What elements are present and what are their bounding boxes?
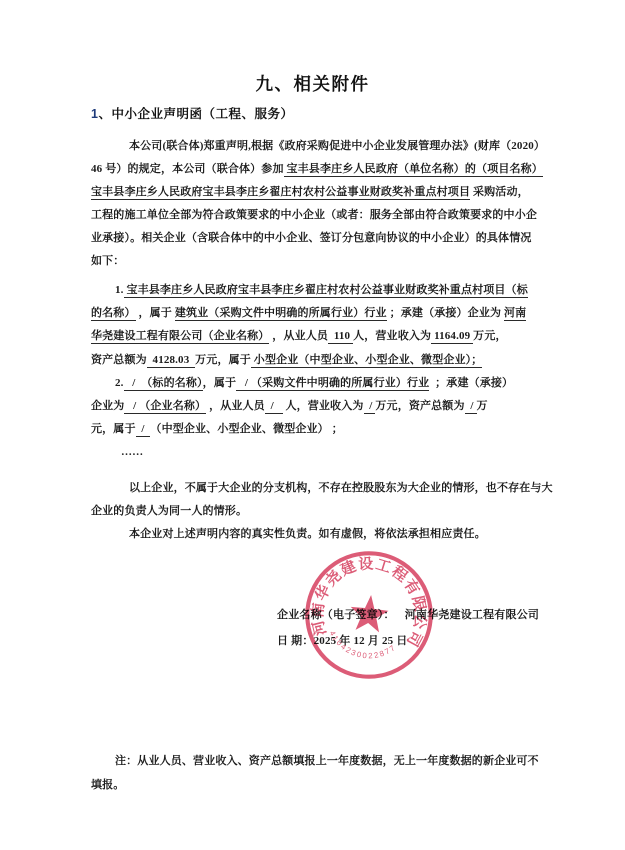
filled-blank-text: / [265,400,283,414]
text-segment: 如下： [91,255,124,267]
text-segment: 工程的施工单位全部为符合政策要求的中小企业（或者：服务全部由符合政策要求的中小企 [91,209,537,221]
signature-company-name: 河南华尧建设工程有限公司 [405,609,539,621]
page-title: 九、相关附件 [0,71,625,96]
filled-blank-text: 建筑业（采购文件中明确的所属行业）行业 [175,307,387,321]
note-line: 注：从业人员、营业收入、资产总额填报上一年度数据，无上一年度数据的新企业可不 [115,754,539,769]
filled-blank-text: / （标的名称） [124,377,203,391]
text-segment: 注：从业人员、营业收入、资产总额填报上一年度数据，无上一年度数据的新企业可不 [115,755,539,767]
text-segment: 填报。 [91,779,124,791]
document-line: 宝丰县李庄乡人民政府宝丰县李庄乡翟庄村农村公益事业财政奖补重点村项目 采购活动， [91,185,529,200]
signature-date-line: 日 期：2025 年 12 月 25 日 [277,632,408,648]
filled-blank-text: 河南 [504,307,526,321]
signature-date-label: 日 期： [277,635,314,647]
text-segment: 企业为 [91,400,124,412]
filled-blank-text: / （采购文件中明确的所属行业）行业 [236,377,429,391]
text-segment: 采购活动， [470,186,529,198]
document-line: 华尧建设工程有限公司（企业名称） ，从业人员 110 人，营业收入为 1164.… [91,329,507,344]
filled-blank-text: 宝丰县李庄乡人民政府宝丰县李庄乡翟庄村农村公益事业财政奖补重点村项目 [91,186,470,200]
signature-date-value: 2025 年 12 月 25 日 [314,635,408,647]
text-segment: ；承建（承接） [429,377,513,389]
filled-blank-text: / （企业名称） [124,400,206,414]
text-segment: 万元，资产总额为 [375,400,464,412]
text-segment: ；承建（承接）企业为 [387,307,504,319]
text-segment: 业承接）。相关企业（含联合体中的中小企业、签订分包意向协议的中小企业）的具体情况 [91,232,532,244]
text-segment: 企业的负责人为同一人的情形。 [91,505,247,517]
text-segment: ，从业人员 [206,400,265,412]
document-line: 本企业对上述声明内容的真实性负责。如有虚假，将依法承担相应责任。 [129,527,486,542]
document-line: 46 号）的规定，本公司（联合体）参加 宝丰县李庄乡人民政府（单位名称）的（项目… [91,162,543,177]
text-segment: 本公司(联合体)郑重声明,根据《政府采购促进中小企业发展管理办法》(财库（202… [129,140,545,152]
document-line: 企业为 / （企业名称） ，从业人员 / 人，营业收入为 / 万元，资产总额为 … [91,399,488,414]
filled-blank-text: 宝丰县李庄乡人民政府（单位名称）的（项目名称） [284,163,543,177]
text-segment: 46 号）的规定，本公司（联合体）参加 [91,163,284,175]
document-line: …… [121,445,143,460]
text-segment: ，属于 [136,307,175,319]
text-segment: …… [121,446,143,458]
filled-blank-text: / [136,423,151,437]
document-line: 2. / （标的名称），属于 / （采购文件中明确的所属行业）行业 ；承建（承接… [115,376,513,391]
filled-blank-text: 4128.03 [147,354,195,368]
document-line: 资产总额为 4128.03 万元，属于 小型企业（中型企业、小型企业、微型企业）… [91,353,482,368]
text-segment: 人，营业收入为 [283,400,364,412]
document-line: 本公司(联合体)郑重声明,根据《政府采购促进中小企业发展管理办法》(财库（202… [129,139,545,154]
filled-blank-text: 的名称） [91,307,136,321]
text-segment: 以上企业，不属于大企业的分支机构，不存在控股股东为大企业的情形，也不存在与大 [129,482,553,494]
section-heading: 1、中小企业声明函（工程、服务） [91,104,293,122]
filled-blank-text: / [364,400,376,414]
text-segment: 万 [477,400,488,412]
text-segment: 资产总额为 [91,354,147,366]
document-line: 如下： [91,254,124,269]
filled-blank-text: / [465,400,477,414]
filled-blank-text: 宝丰县李庄乡人民政府宝丰县李庄乡翟庄村农村公益事业财政奖补重点村项目（标 [124,284,528,298]
document-line: 的名称） ，属于 建筑业（采购文件中明确的所属行业）行业 ；承建（承接）企业为 … [91,306,526,321]
document-line: 1. 宝丰县李庄乡人民政府宝丰县李庄乡翟庄村农村公益事业财政奖补重点村项目（标 [115,283,528,298]
text-segment: 本企业对上述声明内容的真实性负责。如有虚假，将依法承担相应责任。 [129,528,486,540]
text-segment: ，从业人员 [269,330,328,342]
document-line: 业承接）。相关企业（含联合体中的中小企业、签订分包意向协议的中小企业）的具体情况 [91,231,532,246]
text-segment: （中型企业、小型企业、微型企业） ； [150,423,342,435]
filled-blank-text: 华尧建设工程有限公司（企业名称） [91,330,269,344]
text-segment: 2. [115,377,124,389]
text-segment: 元，属于 [91,423,136,435]
signature-name-line: 企业名称（电子签章）：河南华尧建设工程有限公司 [277,606,539,622]
text-segment: 1. [115,284,124,296]
document-line: 企业的负责人为同一人的情形。 [91,504,247,519]
filled-blank-text: 1164.09 [431,330,473,344]
document-line: 以上企业，不属于大企业的分支机构，不存在控股股东为大企业的情形，也不存在与大 [129,481,553,496]
document-line: 元，属于 / （中型企业、小型企业、微型企业） ； [91,422,343,437]
text-segment: 万元，属于 [195,354,251,366]
filled-blank-text: 小型企业（中型企业、小型企业、微型企业）； [251,354,483,368]
text-segment: ，属于 [203,377,236,389]
text-segment: 人，营业收入为 [353,330,431,342]
document-line: 工程的施工单位全部为符合政策要求的中小企业（或者：服务全部由符合政策要求的中小企 [91,208,537,223]
text-segment: 万元， [473,330,506,342]
note-line: 填报。 [91,778,124,793]
signature-name-label: 企业名称（电子签章）： [277,609,395,621]
document-page: 九、相关附件 1、中小企业声明函（工程、服务） 本公司(联合体)郑重声明,根据《… [0,0,625,850]
filled-blank-text: 110 [328,330,353,344]
section-heading-text: 、中小企业声明函（工程、服务） [98,107,293,121]
